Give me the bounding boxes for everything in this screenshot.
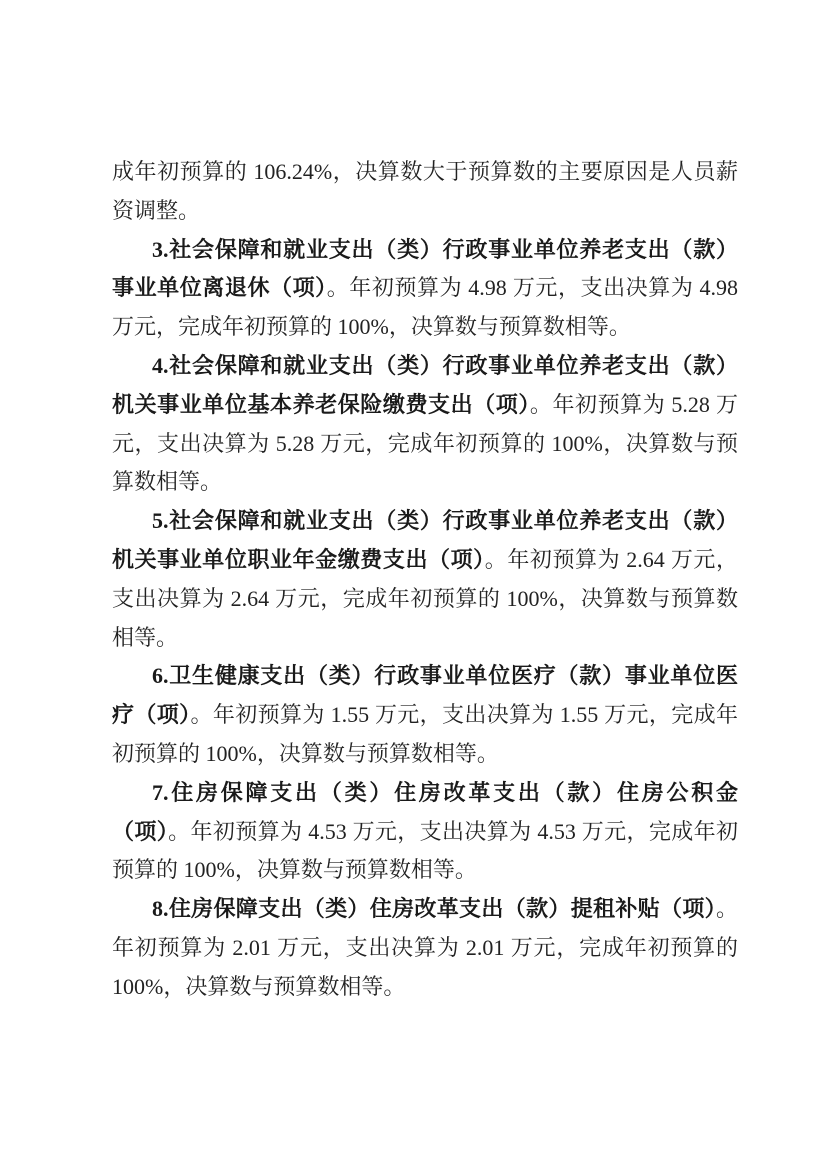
paragraph-text: 成年初预算的 106.24%，决算数大于预算数的主要原因是人员薪资调整。 <box>112 159 738 223</box>
item-body: 。年初预算为 1.55 万元，支出决算为 1.55 万元，完成年初预算的 100… <box>112 702 738 766</box>
item-body: 。年初预算为 4.53 万元，支出决算为 4.53 万元，完成年初预算的 100… <box>112 819 738 883</box>
document-body: 成年初预算的 106.24%，决算数大于预算数的主要原因是人员薪资调整。 3.社… <box>112 153 738 1007</box>
paragraph-item-5: 5.社会保障和就业支出（类）行政事业单位养老支出（款）机关事业单位职业年金缴费支… <box>112 502 738 657</box>
item-heading: 8.住房保障支出（类）住房改革支出（款）提租补贴（项） <box>152 896 716 921</box>
paragraph-continuation: 成年初预算的 106.24%，决算数大于预算数的主要原因是人员薪资调整。 <box>112 153 738 231</box>
paragraph-item-3: 3.社会保障和就业支出（类）行政事业单位养老支出（款）事业单位离退休（项）。年初… <box>112 231 738 347</box>
paragraph-item-6: 6.卫生健康支出（类）行政事业单位医疗（款）事业单位医疗（项）。年初预算为 1.… <box>112 657 738 773</box>
paragraph-item-8: 8.住房保障支出（类）住房改革支出（款）提租补贴（项）。年初预算为 2.01 万… <box>112 890 738 1006</box>
paragraph-item-7: 7.住房保障支出（类）住房改革支出（款）住房公积金（项）。年初预算为 4.53 … <box>112 774 738 890</box>
paragraph-item-4: 4.社会保障和就业支出（类）行政事业单位养老支出（款）机关事业单位基本养老保险缴… <box>112 347 738 502</box>
document-page: 成年初预算的 106.24%，决算数大于预算数的主要原因是人员薪资调整。 3.社… <box>0 0 826 1169</box>
